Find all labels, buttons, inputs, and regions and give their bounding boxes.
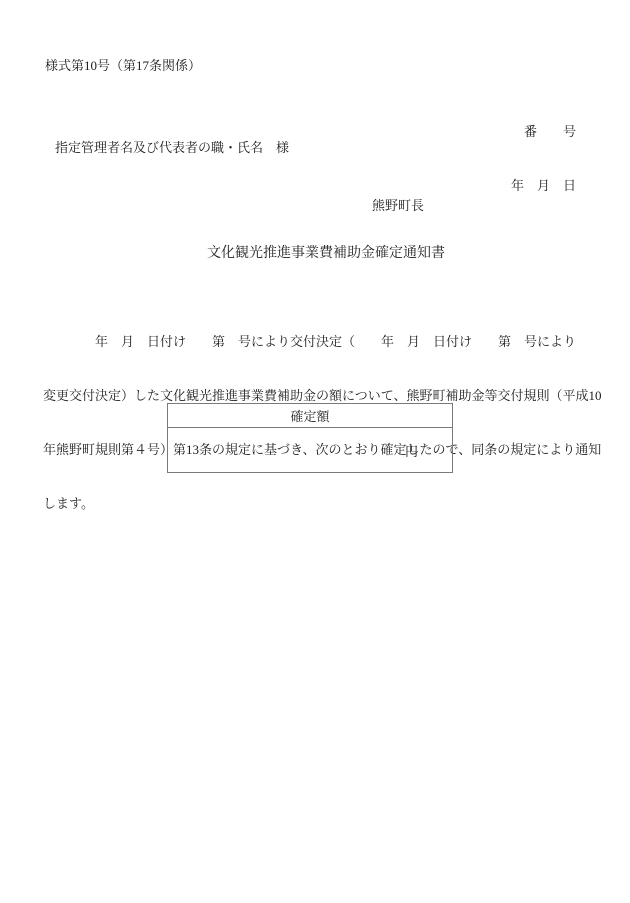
amount-table: 確定額 円 <box>167 403 453 473</box>
document-title: 文化観光推進事業費補助金確定通知書 <box>207 242 445 262</box>
document-date-line: 年 月 日 <box>511 177 576 195</box>
amount-unit-label: 円 <box>405 441 418 460</box>
body-line-4: します。 <box>43 495 609 513</box>
form-number: 様式第10号（第17条関係） <box>45 55 201 74</box>
amount-table-header: 確定額 <box>168 404 452 428</box>
document-number-block: 番 号 年 月 日 <box>511 87 576 231</box>
amount-table-header-label: 確定額 <box>290 406 329 425</box>
document-page: 様式第10号（第17条関係） 番 号 年 月 日 指定管理者名及び代表者の職・氏… <box>0 0 630 903</box>
recipient-line: 指定管理者名及び代表者の職・氏名 様 <box>55 137 289 156</box>
body-line-1: 年 月 日付け 第 号により交付決定（ 年 月 日付け 第 号により <box>43 333 609 351</box>
document-number-line: 番 号 <box>511 123 576 141</box>
amount-table-cell: 円 <box>168 428 452 472</box>
sender-name: 熊野町長 <box>372 195 424 214</box>
